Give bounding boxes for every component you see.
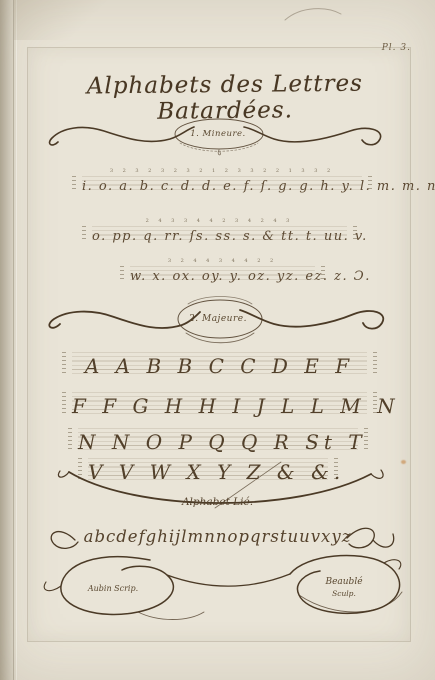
minuscule-row-3: 3 2 4 4 3 4 4 2 2 w. x. ox. oy. y. oz. y… <box>130 266 315 280</box>
flourish-divider-majeure: 2. Majeure. <box>48 296 388 344</box>
scribe-signature: Aubin Scrip. <box>58 584 168 593</box>
alphabet-lie-label: Alphabet Lié. <box>0 496 435 508</box>
staff-end-ticks <box>120 266 124 280</box>
staff-end-ticks <box>62 352 66 374</box>
flourish-divider-mineure: 1. Mineure. <box>48 112 388 160</box>
majuscule-row-3: N N O P Q Q R St T <box>78 428 358 450</box>
pencil-mark <box>283 4 343 24</box>
minuscule-row-2: 2 4 3 3 4 4 2 3 4 2 4 3 o. pp. q. rr. ſs… <box>92 226 347 240</box>
majuscule-letters: A A B B C C D E F <box>72 354 367 378</box>
minuscule-row-1: 3 2 3 2 3 2 3 2 1 2 3 3 2 2 1 3 3 2 i. o… <box>82 176 362 190</box>
paper-stain <box>401 460 406 464</box>
stroke-guide-numbers: 2 4 3 3 4 4 2 3 4 2 4 3 <box>92 218 347 224</box>
staff-end-ticks <box>68 428 72 450</box>
corner-shading <box>14 0 134 40</box>
page-edge-highlight <box>16 0 17 680</box>
plate-number: Pl. 3. <box>382 43 411 53</box>
majuscule-letters: F F G H H I J L L M N <box>72 394 367 418</box>
staff-end-ticks <box>373 352 377 374</box>
minuscule-letters: i. o. a. b. c. d. d. e. f. ſ. g. g. h. y… <box>82 179 362 194</box>
engraver-name: Beaublé <box>296 577 392 587</box>
majuscule-row-1: A A B B C C D E F <box>72 352 367 374</box>
staff-end-ticks <box>72 176 76 190</box>
cursive-alphabet: abcdefghijlmnnopqrstuuvxyz <box>0 527 435 546</box>
engraver-signature: Beaublé Sculp. <box>296 577 392 598</box>
stroke-guide-numbers: 3 2 4 4 3 4 4 2 2 <box>130 258 315 264</box>
engraver-role: Sculp. <box>296 589 392 598</box>
majuscule-row-2: F F G H H I J L L M N <box>72 392 367 414</box>
minuscule-letters: w. x. ox. oy. y. oz. yz. ez. z. Ɔ. <box>130 269 315 284</box>
minuscule-letters: o. pp. q. rr. ſs. ss. s. & tt. t. uu. v. <box>92 229 347 244</box>
page-edge-line <box>13 0 14 680</box>
cartouche-label-mineure: 1. Mineure. <box>48 129 388 139</box>
staff-end-ticks <box>62 392 66 414</box>
staff-end-ticks <box>82 226 86 240</box>
cartouche-label-majeure: 2. Majeure. <box>48 314 388 324</box>
majuscule-letters: N N O P Q Q R St T <box>78 430 358 454</box>
engraved-plate-scan: Pl. 3. Alphabets des Lettres Batardées. … <box>0 0 435 680</box>
stroke-guide-numbers: 3 2 3 2 3 2 3 2 1 2 3 3 2 2 1 3 3 2 <box>82 168 362 174</box>
